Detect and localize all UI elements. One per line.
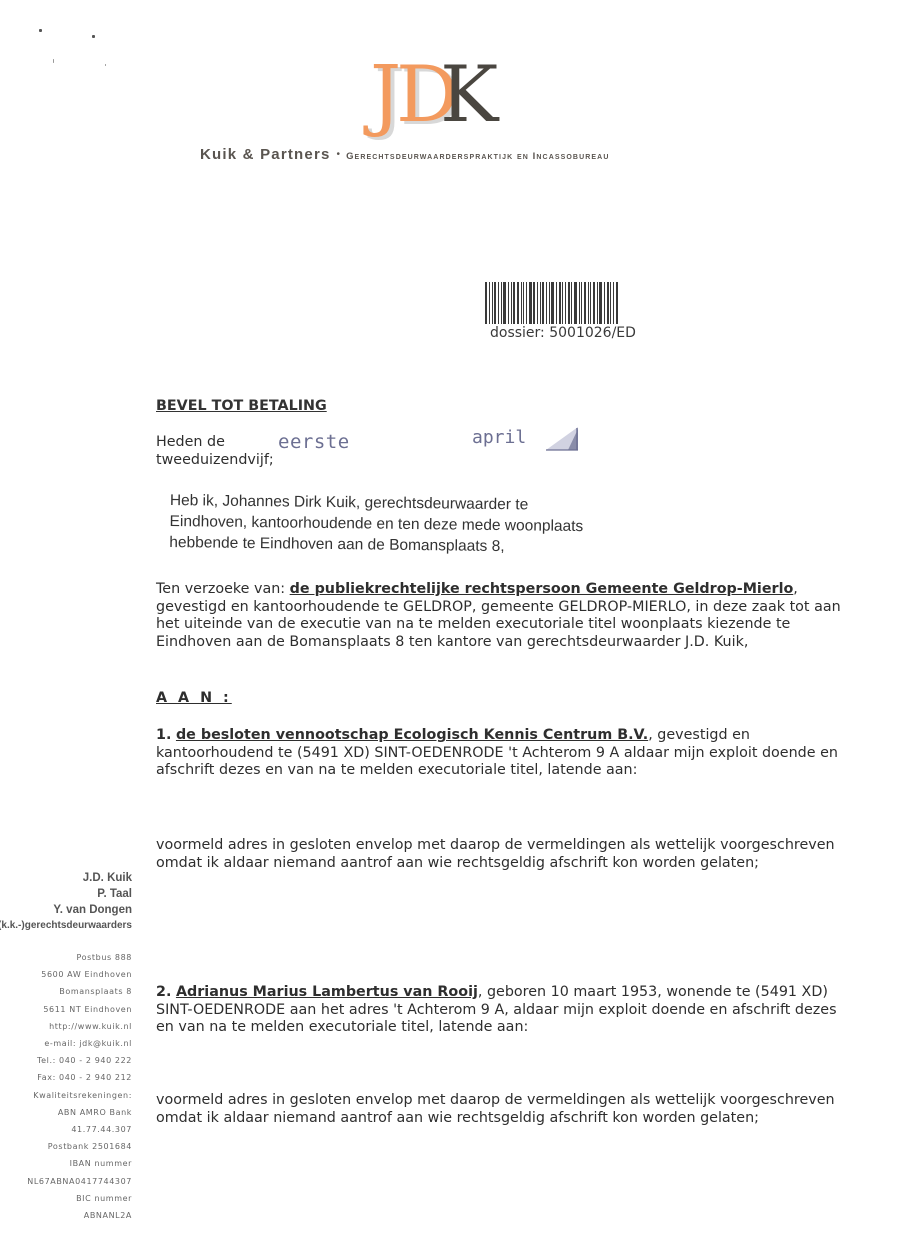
contact-line: BIC nummer	[0, 1190, 132, 1207]
party-1-delivery: voormeld adres in gesloten envelop met d…	[156, 837, 846, 872]
contact-details: Postbus 8885600 AW EindhovenBomansplaats…	[0, 949, 132, 1224]
barcode-bar	[568, 282, 570, 324]
company-logo: J D J D K	[360, 52, 510, 138]
barcode-bar	[559, 282, 561, 324]
barcode-bar	[492, 282, 493, 324]
contact-line: 5611 NT Eindhoven	[0, 1001, 132, 1018]
barcode-bar	[588, 282, 589, 324]
contact-line: Tel.: 040 - 2 940 222	[0, 1052, 132, 1069]
bailiff-statement: Heb ik, Johannes Dirk Kuik, gerechtsdeur…	[169, 490, 620, 558]
addressee-heading: A A N :	[156, 690, 232, 708]
stamp-month: april	[472, 427, 526, 448]
staff-member: Y. van Dongen	[0, 902, 132, 918]
barcode-bar	[574, 282, 577, 324]
party-number: 2.	[156, 984, 171, 1000]
barcode-bar	[546, 282, 547, 324]
barcode-bar	[551, 282, 554, 324]
staff-member: J.D. Kuik	[0, 870, 132, 886]
barcode-bar	[584, 282, 586, 324]
barcode-bar	[542, 282, 544, 324]
scan-speck	[92, 35, 95, 38]
barcode-bar	[581, 282, 582, 324]
date-intro: Heden de	[156, 434, 656, 452]
contact-line: e-mail: jdk@kuik.nl	[0, 1035, 132, 1052]
date-year: tweeduizendvijf;	[156, 452, 656, 470]
barcode-bar	[523, 282, 524, 324]
contact-line: NL67ABNA0417744307	[0, 1173, 132, 1190]
party-number: 1.	[156, 727, 171, 743]
requesting-party: de publiekrechtelijke rechtspersoon Geme…	[290, 581, 794, 597]
staff-member: P. Taal	[0, 886, 132, 902]
barcode-bar	[607, 282, 609, 324]
contact-line: Bomansplaats 8	[0, 983, 132, 1000]
barcode-bar	[565, 282, 566, 324]
party-2-delivery: voormeld adres in gesloten envelop met d…	[156, 1092, 846, 1127]
scan-speck	[39, 29, 42, 32]
barcode-bar	[508, 282, 509, 324]
document-title: BEVEL TOT BETALING	[156, 398, 327, 414]
firm-name: Kuik & Partners	[200, 146, 331, 163]
contact-line: http://www.kuik.nl	[0, 1018, 132, 1035]
barcode-bar	[501, 282, 502, 324]
barcode-bar	[616, 282, 618, 324]
barcode-bar	[494, 282, 496, 324]
barcode-bar	[533, 282, 535, 324]
barcode-bar	[597, 282, 598, 324]
staff-list: J.D. Kuik P. Taal Y. van Dongen (k.k.-)g…	[0, 870, 132, 934]
dossier-number: dossier: 5001026/ED	[490, 325, 636, 341]
barcode-bar	[513, 282, 515, 324]
contact-line: IBAN nummer	[0, 1155, 132, 1172]
barcode-bar	[590, 282, 591, 324]
firm-tagline: Kuik & Partners•Gerechtsdeurwaardersprak…	[200, 146, 720, 164]
barcode-bar	[537, 282, 538, 324]
contact-line: 41.77.44.307	[0, 1121, 132, 1138]
barcode-bar	[485, 282, 487, 324]
barcode-bar	[593, 282, 595, 324]
barcode-bar	[556, 282, 557, 324]
barcode-bar	[610, 282, 611, 324]
logo-letter-k: K	[440, 56, 498, 134]
contact-line: ABNANL2A	[0, 1207, 132, 1224]
stamp-day: eerste	[278, 431, 350, 453]
separator-bullet: •	[337, 149, 341, 160]
barcode-bar	[549, 282, 550, 324]
barcode-bar	[571, 282, 572, 324]
barcode-bar	[529, 282, 532, 324]
contact-line: 5600 AW Eindhoven	[0, 966, 132, 983]
stamp-mark-icon	[544, 425, 580, 453]
contact-line: Kwaliteitsrekeningen:	[0, 1087, 132, 1104]
barcode-bar	[579, 282, 580, 324]
barcode-bar	[526, 282, 527, 324]
party-1: 1. de besloten vennootschap Ecologisch K…	[156, 727, 846, 780]
dossier-barcode	[485, 282, 630, 324]
barcode-bar	[562, 282, 563, 324]
contact-line: Postbank 2501684	[0, 1138, 132, 1155]
barcode-bar	[503, 282, 506, 324]
scan-speck	[105, 64, 106, 66]
contact-line: Postbus 888	[0, 949, 132, 966]
request-prefix: Ten verzoeke van:	[156, 581, 290, 597]
firm-description: Gerechtsdeurwaarderspraktijk en Incassob…	[346, 151, 609, 162]
party-name: Adrianus Marius Lambertus van Rooij	[176, 984, 478, 1000]
barcode-bar	[599, 282, 602, 324]
scan-speck	[53, 59, 54, 63]
staff-role: (k.k.-)gerechtsdeurwaarders	[0, 918, 132, 934]
barcode-bar	[517, 282, 519, 324]
contact-line: ABN AMRO Bank	[0, 1104, 132, 1121]
barcode-bar	[489, 282, 490, 324]
barcode-bar	[604, 282, 605, 324]
contact-line: Fax: 040 - 2 940 212	[0, 1069, 132, 1086]
barcode-bar	[521, 282, 522, 324]
party-name: de besloten vennootschap Ecologisch Kenn…	[176, 727, 648, 743]
barcode-bar	[613, 282, 614, 324]
date-line: Heden de tweeduizendvijf;	[156, 434, 656, 469]
request-paragraph: Ten verzoeke van: de publiekrechtelijke …	[156, 581, 846, 651]
party-2: 2. Adrianus Marius Lambertus van Rooij, …	[156, 984, 846, 1037]
barcode-bar	[511, 282, 512, 324]
barcode-bar	[540, 282, 541, 324]
barcode-bar	[498, 282, 499, 324]
